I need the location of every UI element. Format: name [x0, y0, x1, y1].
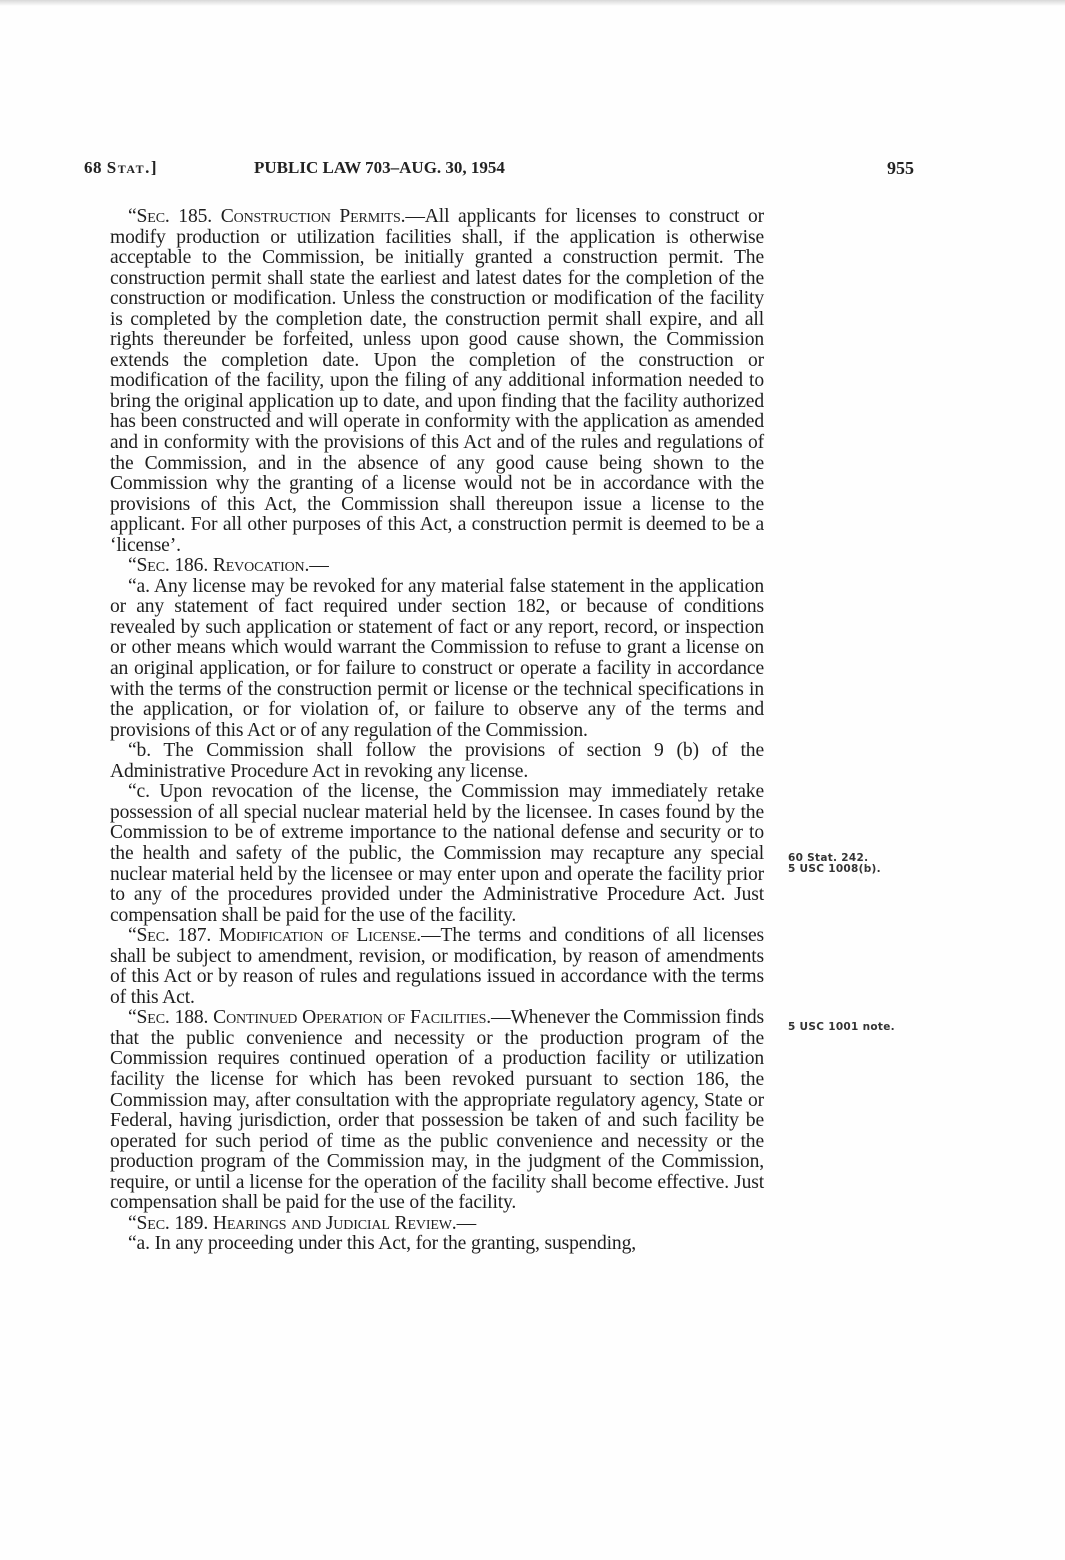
volume-number: 68	[84, 158, 102, 177]
margin-note-citation: 60 Stat. 242. 5 USC 1008(b).	[788, 853, 881, 875]
section-number: Sec. 185.	[137, 206, 212, 227]
document-page: 68 Stat.] PUBLIC LAW 703–AUG. 30, 1954 9…	[0, 0, 1065, 1560]
subsection-189a: “a. In any proceeding under this Act, fo…	[110, 1234, 764, 1255]
section-number: Sec. 188.	[137, 1007, 209, 1028]
section-186-heading: “Sec. 186. Revocation.—	[110, 556, 764, 577]
volume-label: Stat.	[107, 158, 151, 177]
section-heading: Construction Permits.	[221, 206, 406, 227]
section-heading: Revocation.	[213, 555, 309, 576]
section-187-paragraph: “Sec. 187. Modification of License.—The …	[110, 926, 764, 1008]
section-heading: Modification of License.	[219, 925, 421, 946]
open-quote: “	[128, 1007, 137, 1028]
statute-volume: 68 Stat.]	[84, 158, 157, 178]
law-title: PUBLIC LAW 703–AUG. 30, 1954	[254, 158, 505, 178]
section-text: —	[309, 555, 328, 576]
open-quote: “	[128, 555, 137, 576]
bracket: ]	[151, 158, 157, 177]
margin-note-line: 5 USC 1008(b).	[788, 864, 881, 875]
subsection-186b: “b. The Commission shall follow the prov…	[110, 741, 764, 782]
open-quote: “	[128, 1213, 137, 1234]
body-text: “Sec. 185. Construction Permits.—All app…	[110, 207, 764, 1255]
margin-note-citation: 5 USC 1001 note.	[788, 1022, 895, 1033]
section-text: —All applicants for licenses to construc…	[110, 206, 764, 556]
subsection-186a: “a. Any license may be revoked for any m…	[110, 577, 764, 741]
section-188-paragraph: “Sec. 188. Continued Operation of Facili…	[110, 1008, 764, 1213]
running-head: 68 Stat.] PUBLIC LAW 703–AUG. 30, 1954 9…	[84, 158, 914, 182]
section-text: —	[457, 1213, 476, 1234]
margin-note-line: 5 USC 1001 note.	[788, 1022, 895, 1033]
section-185-paragraph: “Sec. 185. Construction Permits.—All app…	[110, 207, 764, 556]
open-quote: “	[128, 925, 137, 946]
section-number: Sec. 189.	[137, 1213, 209, 1234]
section-heading: Continued Operation of Facilities.	[213, 1007, 491, 1028]
section-number: Sec. 187.	[137, 925, 212, 946]
subsection-186c: “c. Upon revocation of the license, the …	[110, 782, 764, 926]
section-189-heading: “Sec. 189. Hearings and Judicial Review.…	[110, 1214, 764, 1235]
section-text: —Whenever the Commission finds that the …	[110, 1007, 764, 1213]
section-heading: Hearings and Judicial Review.	[213, 1213, 457, 1234]
scan-edge-shadow	[0, 0, 1065, 6]
page-number: 955	[887, 158, 914, 179]
open-quote: “	[128, 206, 137, 227]
section-number: Sec. 186.	[137, 555, 209, 576]
